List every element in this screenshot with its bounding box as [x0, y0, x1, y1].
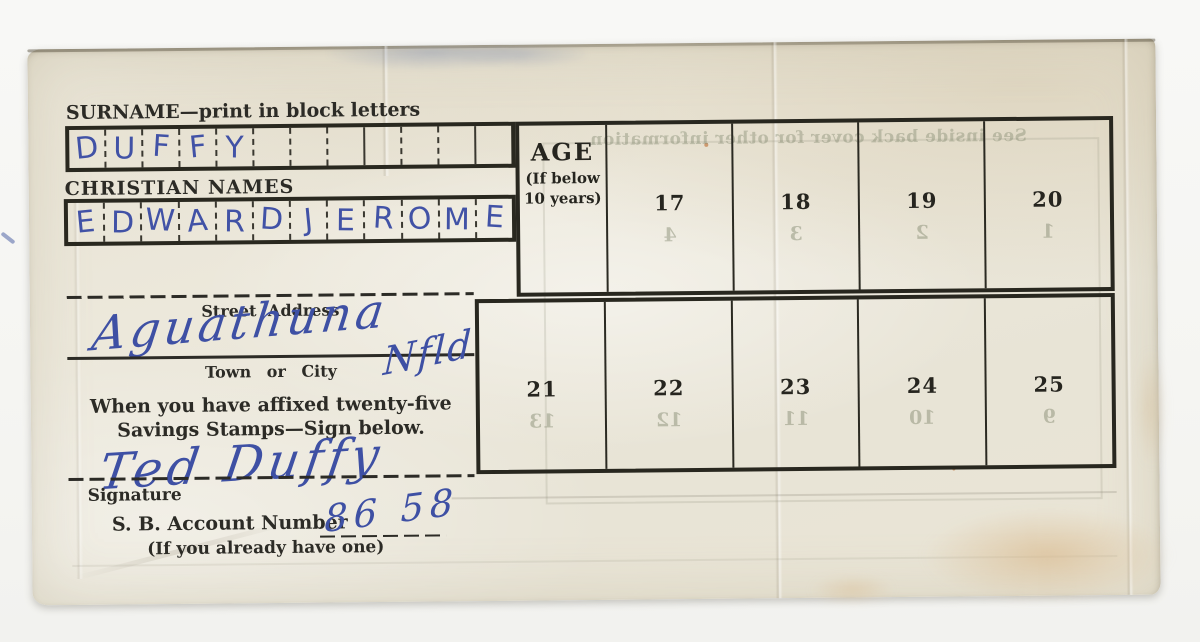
- stamp-number: 23: [733, 373, 858, 399]
- letter-cell: J: [289, 201, 327, 240]
- letter-cell: [437, 126, 474, 164]
- stain: [922, 506, 1173, 603]
- show-through-number: 4: [608, 224, 732, 247]
- stain: [1130, 328, 1172, 488]
- handwritten-letter: F: [188, 132, 208, 164]
- stray-pen-mark: [0, 231, 15, 244]
- letter-cell: U: [104, 129, 141, 167]
- stamp-number: 18: [734, 188, 858, 214]
- letter-cell: R: [215, 201, 253, 240]
- handwritten-letter: D: [111, 208, 134, 238]
- account-number-label: S. B. Account Number: [112, 511, 348, 535]
- handwritten-letter: R: [224, 207, 245, 237]
- surname-letter-boxes: D U F F Y: [65, 122, 515, 172]
- letter-cell: M: [438, 199, 476, 238]
- letter-cell: E: [68, 203, 104, 242]
- stamp-number: 21: [480, 376, 605, 402]
- handwritten-letter: O: [407, 203, 433, 235]
- age-note-line1: (If below: [525, 169, 600, 188]
- stamp-cell-23: 23 11: [730, 299, 858, 467]
- letter-cell: D: [252, 201, 290, 240]
- stamp-number: 24: [860, 372, 985, 398]
- stamp-cell-20: 20 1: [983, 120, 1111, 288]
- stamp-cell-19: 19 2: [857, 121, 985, 289]
- show-through-number: 12: [607, 409, 732, 432]
- savings-stamp-card: See inside back cover for other informat…: [27, 39, 1160, 606]
- stamp-grid-top-row: AGE (If below 10 years) 17 4 18 3 19 2 2…: [515, 116, 1115, 297]
- letter-cell: Y: [215, 128, 252, 166]
- show-through-number: 1: [986, 220, 1110, 243]
- stamp-cell-25: 25 9: [984, 297, 1112, 465]
- letter-cell: D: [69, 130, 104, 168]
- handwritten-letter: E: [336, 206, 355, 236]
- letter-cell: [289, 128, 326, 166]
- handwritten-letter: E: [484, 202, 505, 233]
- handwritten-letter: A: [185, 205, 208, 237]
- handwritten-letter: M: [444, 205, 470, 235]
- show-through-number: 13: [480, 410, 605, 433]
- age-note-line2: 10 years): [524, 188, 602, 207]
- scan-background: See inside back cover for other informat…: [0, 0, 1200, 642]
- stamp-number: 25: [987, 371, 1112, 397]
- paper-crease: [73, 199, 84, 579]
- stamp-number: 22: [606, 375, 731, 401]
- paper-crease: [1121, 39, 1133, 595]
- instruction-line-1: When you have affixed twenty-five: [56, 392, 486, 418]
- handwritten-letter: F: [151, 132, 170, 163]
- letter-cell: [400, 126, 437, 164]
- stamp-number: 17: [608, 190, 732, 216]
- stamp-cell-18: 18 3: [731, 122, 859, 290]
- letter-cell: [363, 127, 400, 165]
- handwritten-letter: D: [74, 133, 100, 165]
- stain: [792, 569, 912, 610]
- stamp-cell-24: 24 10: [857, 298, 985, 466]
- letter-cell: [252, 128, 289, 166]
- handwritten-letter: W: [144, 205, 175, 237]
- letter-cell: F: [178, 129, 215, 167]
- handwritten-letter: U: [113, 134, 135, 164]
- show-through-number: 11: [733, 407, 858, 430]
- show-through-number: 3: [734, 222, 858, 245]
- stamp-cell-21: 21 13: [479, 302, 605, 470]
- letter-cell: D: [103, 202, 141, 241]
- handwritten-letter: D: [259, 204, 284, 235]
- account-number-value: 86 58: [324, 483, 459, 538]
- letter-cell: [474, 126, 511, 164]
- letter-cell: [326, 127, 363, 165]
- stamp-cell-17: 17 4: [605, 124, 733, 292]
- show-through-number: 10: [860, 406, 985, 429]
- handwritten-letter: R: [372, 203, 395, 234]
- stamp-grid-bottom-row: 21 13 22 12 23 11 24 10 25 9: [475, 293, 1117, 474]
- letter-cell: O: [400, 199, 438, 238]
- ink-smudge: [327, 46, 587, 74]
- letter-cell: R: [363, 200, 401, 239]
- signature-label: Signature: [88, 485, 182, 506]
- age-note: (If below 10 years): [520, 169, 606, 209]
- letter-cell: E: [475, 199, 513, 238]
- stamp-number: 19: [860, 187, 984, 213]
- surname-label: SURNAME—print in block letters: [66, 99, 420, 124]
- letter-cell: E: [326, 200, 364, 239]
- stamp-number: 20: [986, 186, 1110, 212]
- letter-cell: F: [141, 129, 178, 167]
- handwritten-letter: E: [75, 207, 97, 239]
- christian-names-letter-boxes: E D W A R D J E R O M E: [64, 195, 516, 246]
- letter-cell: A: [177, 202, 215, 241]
- show-through-number: 2: [860, 221, 984, 244]
- show-through-number: 9: [987, 405, 1112, 428]
- age-cell: AGE (If below 10 years): [519, 125, 607, 293]
- handwritten-letter: J: [303, 205, 315, 236]
- age-label: AGE: [519, 137, 605, 167]
- handwritten-letter: Y: [226, 133, 245, 163]
- letter-cell: W: [140, 202, 178, 241]
- account-number-note: (If you already have one): [147, 537, 384, 559]
- stamp-cell-22: 22 12: [604, 301, 732, 469]
